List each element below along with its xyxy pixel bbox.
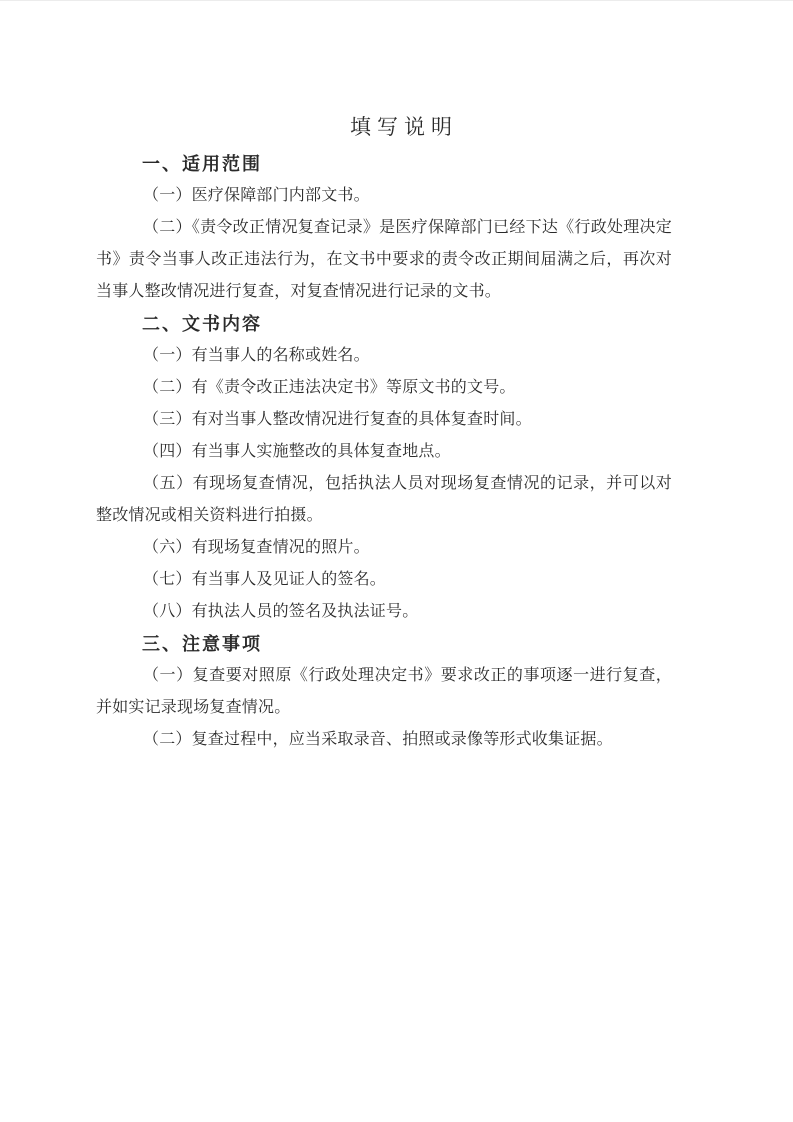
paragraph: （六）有现场复查情况的照片。 [96,532,672,564]
paragraph: （七）有当事人及见证人的签名。 [96,564,672,596]
paragraph: （一）医疗保障部门内部文书。 [96,180,672,212]
paragraph: （一）复查要对照原《行政处理决定书》要求改正的事项逐一进行复查，并如实记录现场复… [96,660,672,724]
section-heading-document-content: 二、文书内容 [96,308,672,340]
document-title: 填写说明 [96,108,672,146]
paragraph: （三）有对当事人整改情况进行复查的具体复查时间。 [96,404,672,436]
section-heading-applicable-scope: 一、适用范围 [96,148,672,180]
section-heading-notes: 三、注意事项 [96,628,672,660]
paragraph: （四）有当事人实施整改的具体复查地点。 [96,436,672,468]
paragraph: （八）有执法人员的签名及执法证号。 [96,596,672,628]
paragraph: （五）有现场复查情况，包括执法人员对现场复查情况的记录，并可以对整改情况或相关资… [96,468,672,532]
paragraph: （二）复查过程中，应当采取录音、拍照或录像等形式收集证据。 [96,724,672,756]
paragraph: （二）《责令改正情况复查记录》是医疗保障部门已经下达《行政处理决定书》责令当事人… [96,212,672,308]
paragraph: （一）有当事人的名称或姓名。 [96,340,672,372]
paragraph: （二）有《责令改正违法决定书》等原文书的文号。 [96,372,672,404]
document-page: 填写说明 一、适用范围 （一）医疗保障部门内部文书。 （二）《责令改正情况复查记… [0,0,793,1122]
